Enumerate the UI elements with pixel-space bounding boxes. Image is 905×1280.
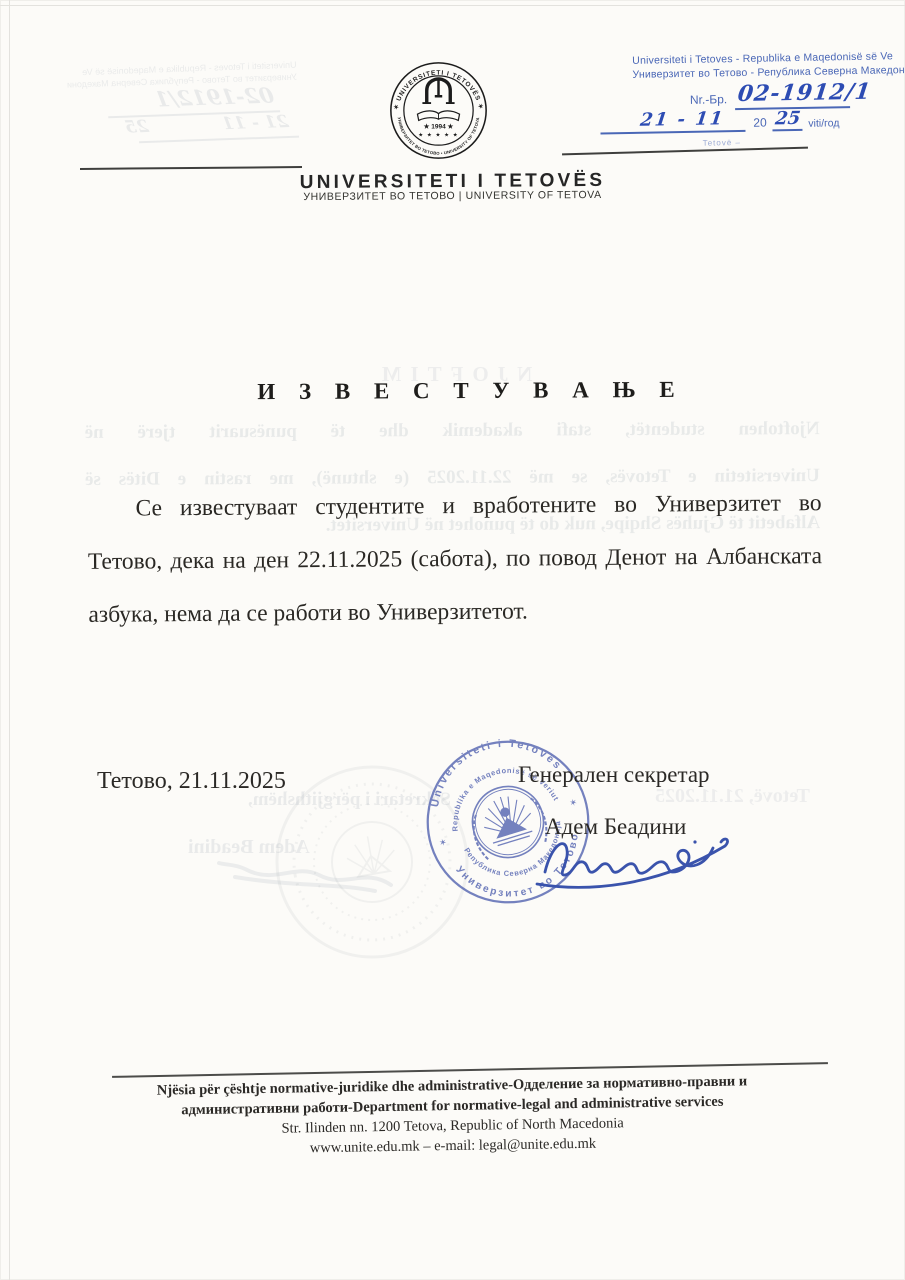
registry-year-underline bbox=[772, 129, 802, 131]
registry-date-underline bbox=[600, 130, 745, 134]
stamp-star-left: ✶ bbox=[438, 838, 448, 850]
signatory-role: Генерален секретар bbox=[518, 762, 710, 788]
seal-stars-row: ★ ★ ★ ★ ★ bbox=[418, 132, 459, 138]
ghost-registry-date: 21 - 11 bbox=[221, 112, 291, 134]
ghost-place-date: Tetovë, 21.11.2025 bbox=[655, 785, 810, 808]
ghost-registry-year: 25 bbox=[123, 117, 150, 138]
footer: Njësia për çështje normative-juridike dh… bbox=[59, 1070, 845, 1162]
ut-monogram-icon bbox=[422, 79, 454, 103]
ghost-registry-underline2 bbox=[139, 136, 299, 143]
ghost-paragraph-line1: Njoftohen studentët, stafi akademik dhe … bbox=[85, 405, 820, 456]
body-paragraph: Се известуваат студентите и вработените … bbox=[87, 477, 822, 642]
notice-title: И З В Е С Т У В А Њ Е bbox=[18, 376, 905, 407]
open-book-icon bbox=[417, 111, 459, 121]
ghost-registry-stamp: Universiteti i Tetoves - Republika e Maq… bbox=[46, 48, 300, 172]
ghost-registry-number: 02-1912/1 bbox=[153, 83, 276, 112]
registry-stamp: Universiteti i Tetoves - Republika e Maq… bbox=[589, 45, 891, 160]
body-line2: Тетово, дека на ден 22.11.2025 (сабота),… bbox=[88, 530, 822, 589]
scan-edge-top bbox=[0, 5, 905, 6]
page: Universiteti i Tetoves - Republika e Maq… bbox=[0, 0, 905, 1280]
body-line3: азбука, нема да се работи во Универзитет… bbox=[88, 583, 822, 642]
registry-year-label: viti/год bbox=[808, 117, 839, 130]
body-line1: Се известуваат студентите и вработените … bbox=[87, 477, 821, 536]
registry-date-value: 21 - 11 bbox=[639, 108, 726, 131]
stamp-star-right: ✶ bbox=[568, 798, 578, 810]
registry-year-value: 25 bbox=[774, 108, 802, 129]
registry-number-value: 02-1912/1 bbox=[736, 79, 873, 107]
ghost-signature-ink bbox=[215, 855, 395, 895]
place-date: Тетово, 21.11.2025 bbox=[97, 768, 286, 795]
signature-ink bbox=[535, 828, 745, 893]
university-seal-icon: ✶ UNIVERSITETI I TETOVËS ✶ УНИВЕРЗИТЕТ В… bbox=[389, 61, 488, 160]
ghost-name: Adem Beadini bbox=[188, 836, 310, 859]
registry-century: 20 bbox=[753, 116, 767, 130]
registry-place-faint: Tetovë – bbox=[703, 138, 741, 148]
registry-number-label: Nr.-Бр. bbox=[690, 92, 727, 107]
seal-year-text: ★ 1994 ★ bbox=[423, 123, 454, 130]
